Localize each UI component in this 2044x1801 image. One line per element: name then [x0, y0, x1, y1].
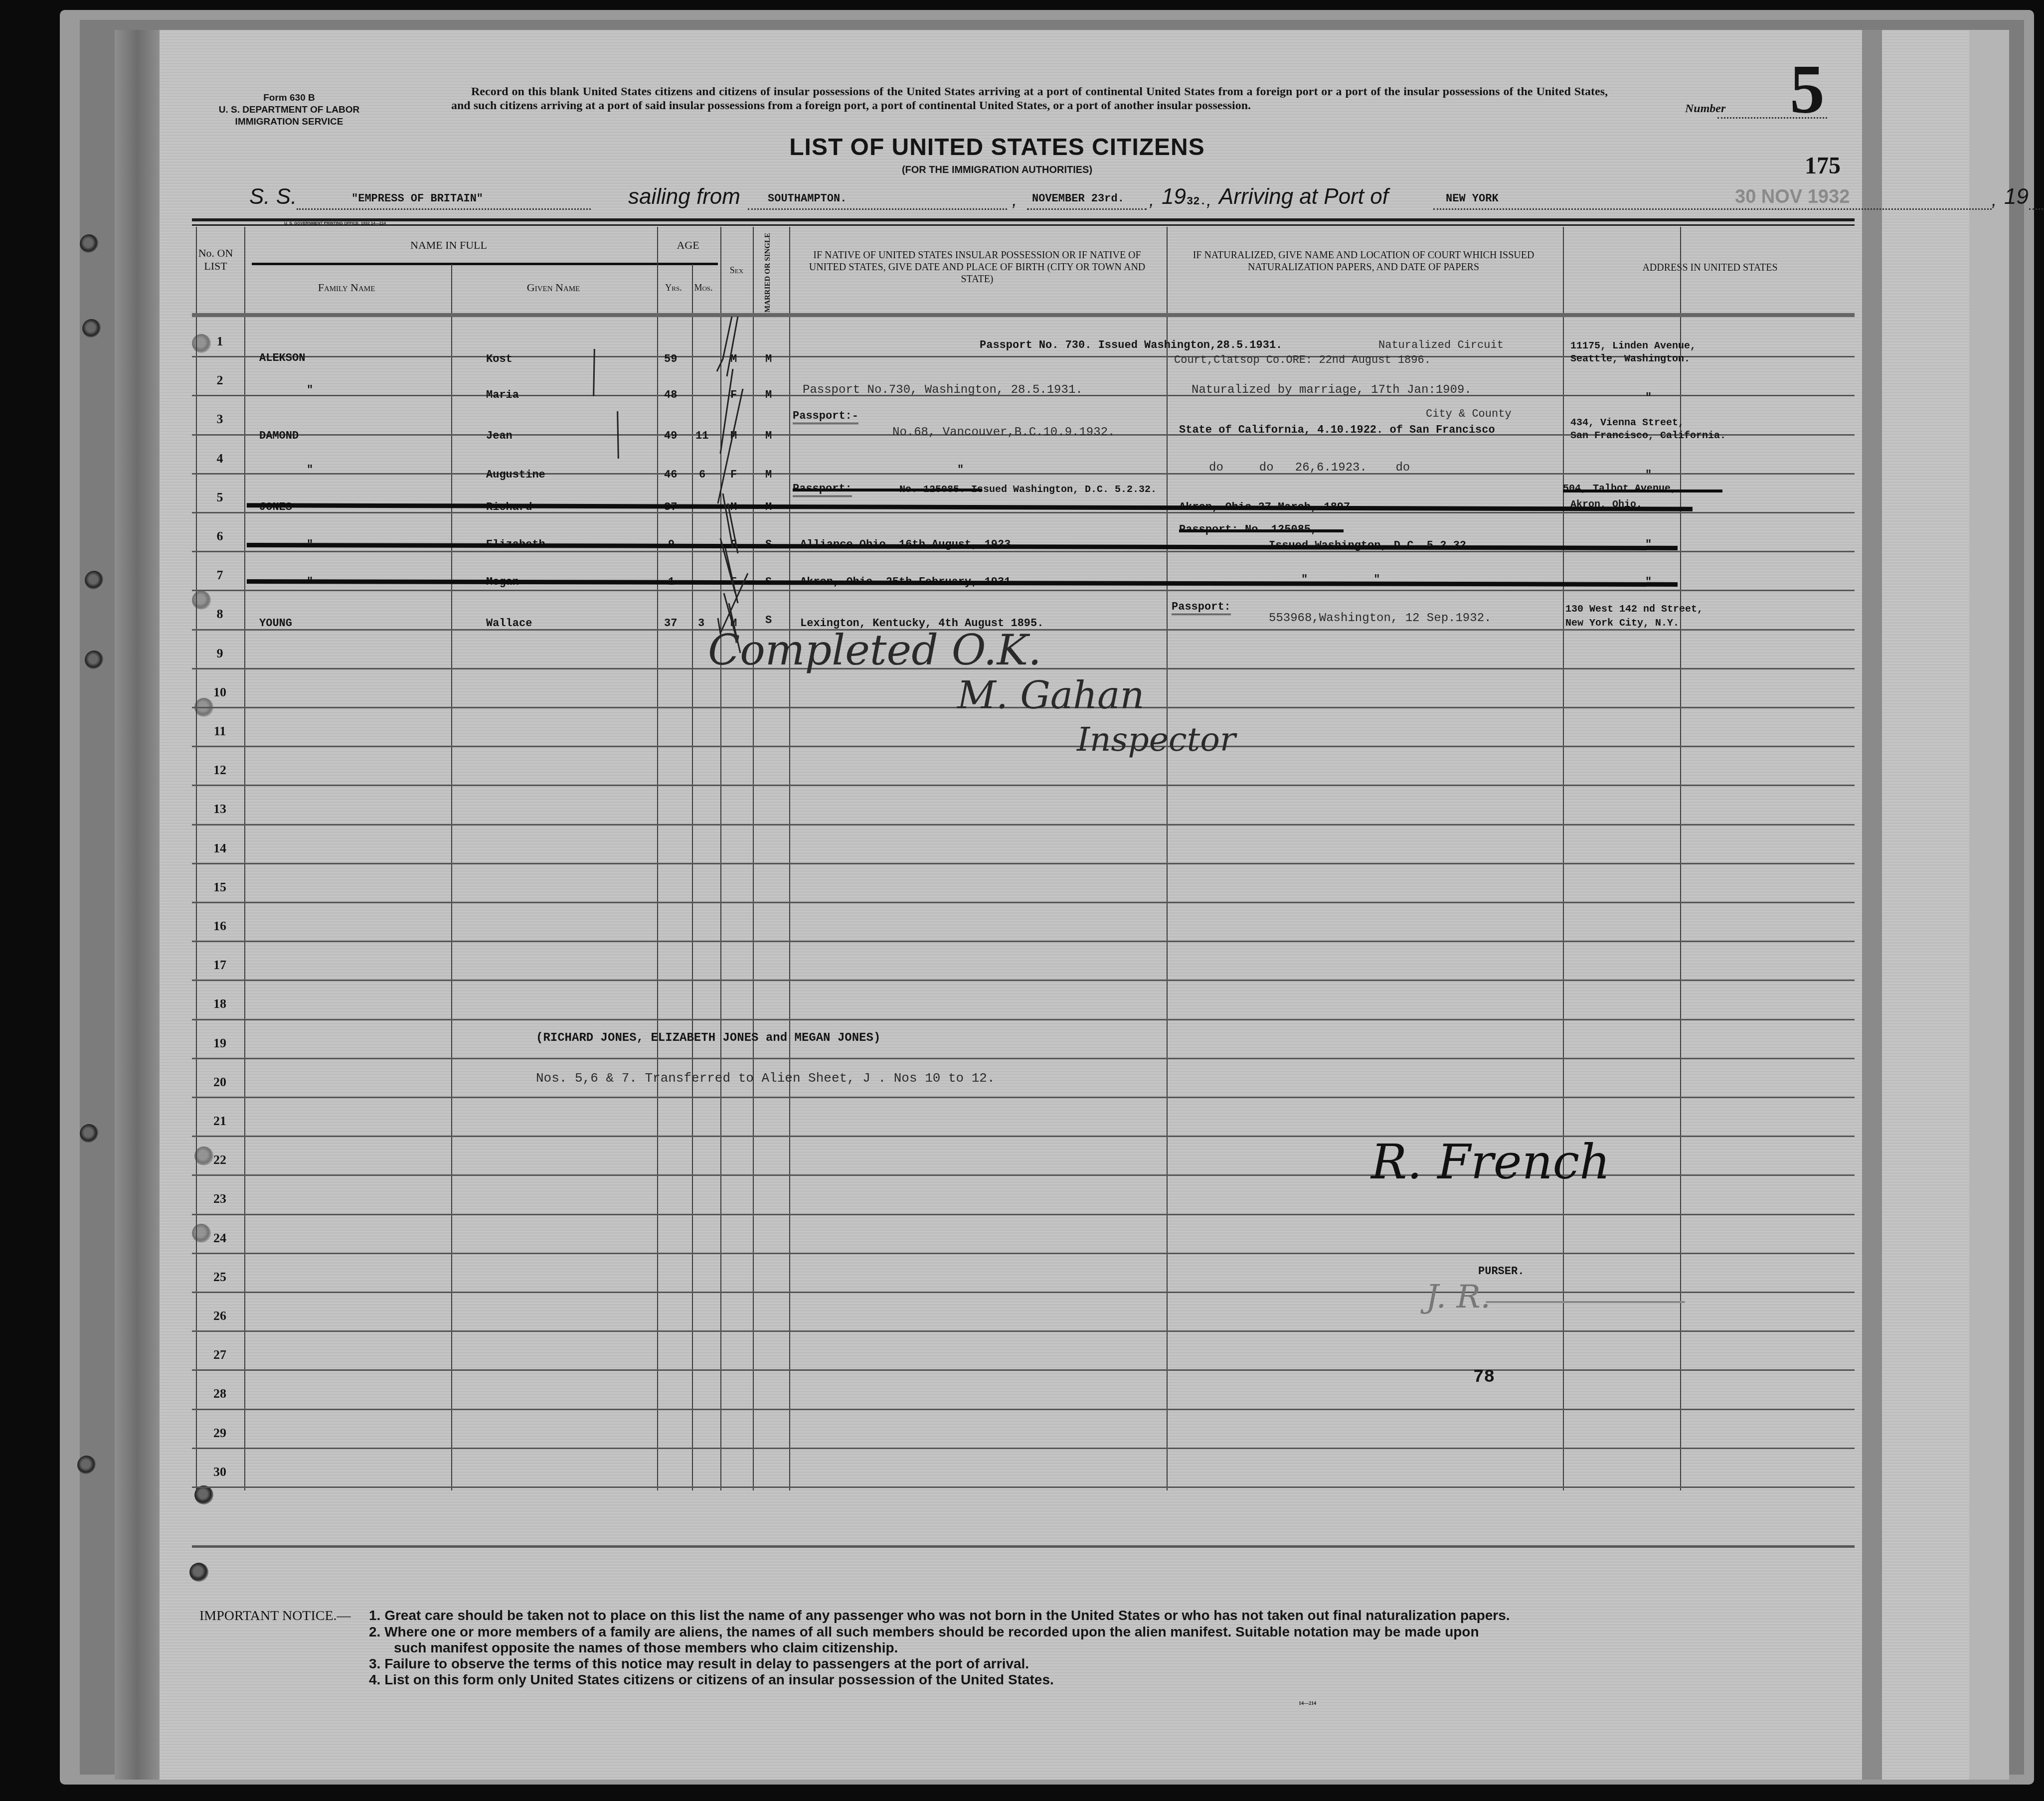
header-bottom-rule — [192, 313, 1855, 317]
given-name: Kost — [486, 353, 512, 366]
grid-line — [1167, 227, 1168, 1490]
important-notice: IMPORTANT NOTICE.—1. Great care should b… — [199, 1608, 1845, 1688]
purser-signature: R. French — [1371, 1134, 1610, 1190]
row-number: 1 — [197, 334, 242, 349]
strike-through-line — [1179, 529, 1344, 532]
col-married-or-single: MARRIED OR SINGLE — [762, 230, 774, 315]
row-rule — [192, 1097, 1855, 1098]
column-header: No. ON LIST NAME IN FULL Family Name Giv… — [192, 227, 1855, 317]
comma: , — [1149, 189, 1154, 210]
page-number: 175 — [1805, 152, 1841, 179]
comma: , — [1992, 189, 1997, 210]
family-name: DAMOND — [259, 430, 299, 443]
age-years: 59 — [664, 353, 677, 366]
form-identifier: Form 630 B U. S. DEPARTMENT OF LABOR IMM… — [214, 92, 364, 128]
row-rule — [192, 1058, 1855, 1059]
address-ditto: " — [1645, 391, 1652, 404]
row-number: 20 — [197, 1075, 242, 1090]
table-bottom-rule — [192, 1545, 1855, 1548]
passport-label: Passport: — [1172, 601, 1231, 615]
dotted-line — [1433, 208, 1992, 210]
list-number: 5 — [1790, 55, 1825, 125]
grid-line — [451, 264, 452, 1490]
age-years: 46 — [664, 469, 677, 482]
row-rule — [192, 941, 1855, 942]
service: IMMIGRATION SERVICE — [214, 116, 364, 128]
naturalization-info: do do 26,6.1923. do — [1209, 462, 1410, 475]
arriving-label: Arriving at Port of — [1219, 184, 1388, 209]
row-rule — [192, 1448, 1855, 1449]
col-no-on-list: No. ON LIST — [192, 247, 239, 273]
native-info: Passport No. 730. Issued Washington,28.5… — [980, 339, 1282, 352]
row-rule — [192, 590, 1855, 591]
name-divider — [252, 263, 718, 265]
row-rule — [192, 863, 1855, 864]
notice-text: 1. Great care should be taken not to pla… — [369, 1608, 1510, 1623]
sailing-from-label: sailing from — [628, 184, 740, 209]
gpo-imprint: U. S. GOVERNMENT PRINTING OFFICE, 1932 1… — [284, 221, 386, 225]
row-number: 21 — [197, 1114, 242, 1129]
punch-hole-icon — [85, 571, 104, 590]
countersign-initials: J. R. — [1426, 1279, 1491, 1315]
row-number: 12 — [197, 763, 242, 778]
col-sex: Sex — [720, 264, 753, 276]
row-number: 11 — [197, 724, 242, 739]
dotted-line — [1027, 208, 1147, 210]
ship-name: "EMPRESS OF BRITAIN" — [351, 192, 483, 205]
remark-line-19: (RICHARD JONES, ELIZABETH JONES and MEGA… — [536, 1032, 880, 1045]
remark-line-20: Nos. 5,6 & 7. Transferred to Alien Sheet… — [536, 1072, 995, 1085]
row-number: 5 — [197, 490, 242, 505]
row-rule — [192, 551, 1855, 552]
form-code: 14—214 — [1299, 1701, 1316, 1706]
page-fold-shadow — [1862, 30, 1882, 1780]
punch-hole-icon — [80, 1124, 99, 1143]
punch-hole-icon — [194, 1485, 213, 1504]
row-rule — [192, 1292, 1855, 1293]
punch-hole-icon — [189, 1563, 208, 1582]
comma: , — [1206, 189, 1211, 210]
row-number: 25 — [197, 1270, 242, 1285]
row-number: 22 — [197, 1152, 242, 1167]
row-rule — [192, 473, 1855, 475]
row-rule — [192, 1369, 1855, 1371]
col-mos: Mos. — [689, 282, 718, 294]
given-name: Augustine — [486, 469, 545, 482]
tally-check-marks — [688, 314, 778, 663]
departure-port: SOUTHAMPTON. — [768, 192, 847, 205]
family-name: " — [307, 464, 313, 477]
header-rule — [192, 218, 1855, 221]
strike-through-line — [793, 489, 982, 491]
punch-hole-icon — [85, 651, 104, 669]
row-rule — [192, 512, 1855, 513]
row-number: 3 — [197, 412, 242, 427]
address-line-1: 11175, Linden Avenue, — [1570, 340, 1696, 353]
given-name: Wallace — [486, 617, 532, 630]
row-number: 18 — [197, 996, 242, 1011]
stamped-number: 78 — [1473, 1371, 1495, 1384]
row-rule — [192, 1330, 1855, 1332]
address-line-2: San Francisco, California. — [1570, 430, 1726, 443]
native-ditto: " — [957, 464, 964, 477]
sailing-year: 32. — [1187, 195, 1206, 208]
family-name: ALEKSON — [259, 352, 305, 365]
family-name: YOUNG — [259, 617, 292, 630]
countersign-flourish — [1486, 1301, 1685, 1303]
naturalization-info: State of California, 4.10.1922. of San F… — [1179, 424, 1495, 437]
arrival-port: NEW YORK — [1446, 192, 1499, 205]
naturalization-info: Naturalized by marriage, 17th Jan:1909. — [1192, 384, 1472, 397]
notice-item: 2. Where one or more members of a family… — [199, 1624, 1845, 1640]
inspector-signature: M. Gahan — [957, 673, 1144, 717]
row-rule — [192, 1486, 1855, 1488]
department: U. S. DEPARTMENT OF LABOR — [214, 104, 364, 116]
row-rule — [192, 1019, 1855, 1020]
address-line-2: New York City, N.Y. — [1565, 617, 1679, 630]
given-name: Maria — [486, 389, 519, 402]
row-number: 4 — [197, 451, 242, 466]
col-native: IF NATIVE OF UNITED STATES INSULAR POSSE… — [795, 249, 1159, 285]
row-number: 24 — [197, 1231, 242, 1246]
naturalization-info: Naturalized Circuit — [1378, 339, 1504, 352]
row-number: 29 — [197, 1426, 242, 1441]
col-yrs: Yrs. — [658, 282, 689, 294]
row-rule — [192, 1409, 1855, 1410]
row-rule — [192, 746, 1855, 747]
grid-line — [657, 227, 658, 1490]
col-address: ADDRESS IN UNITED STATES — [1565, 262, 1855, 274]
row-rule — [192, 824, 1855, 825]
row-number: 19 — [197, 1036, 242, 1051]
row-number: 8 — [197, 607, 242, 622]
age-years: 37 — [664, 617, 677, 630]
address-line-1: 434, Vienna Street, — [1570, 417, 1684, 430]
age-years: 48 — [664, 389, 677, 402]
form-number: Form 630 B — [214, 92, 364, 104]
row-rule — [192, 980, 1855, 981]
grid-line — [196, 227, 197, 1490]
row-rule — [192, 902, 1855, 903]
row-number: 6 — [197, 529, 242, 544]
sailing-date: NOVEMBER 23rd. — [1032, 192, 1124, 205]
arrival-date-stamp: 30 NOV 1932 — [1735, 186, 1850, 208]
family-name: " — [307, 384, 313, 397]
dotted-line — [2029, 208, 2044, 210]
year-prefix: 19 — [1162, 184, 1186, 209]
col-name-in-full: NAME IN FULL — [244, 239, 653, 251]
row-number: 15 — [197, 880, 242, 895]
address-line-1: 504, Talbot Avenue, — [1563, 483, 1677, 495]
grid-line — [244, 227, 245, 1490]
punch-hole-icon — [80, 234, 99, 253]
col-given-name: Given Name — [451, 282, 656, 294]
purser-label: PURSER. — [1478, 1265, 1524, 1278]
col-family-name: Family Name — [244, 282, 449, 294]
voyage-line: S. S. "EMPRESS OF BRITAIN" sailing from … — [249, 184, 1845, 214]
notice-item: such manifest opposite the names of thos… — [199, 1640, 1845, 1656]
row-number: 17 — [197, 958, 242, 973]
row-number: 10 — [197, 685, 242, 700]
row-number: 27 — [197, 1347, 242, 1362]
col-naturalized: IF NATURALIZED, GIVE NAME AND LOCATION O… — [1169, 249, 1558, 273]
notice-item: 4. List on this form only United States … — [199, 1672, 1845, 1688]
row-number: 7 — [197, 568, 242, 583]
passport-label: Passport:- — [793, 410, 858, 424]
ss-label: S. S. — [249, 184, 297, 209]
native-info: No.68, Vancouver,B.C.10.9.1932. — [892, 426, 1115, 439]
naturalization-info: 553968,Washington, 12 Sep.1932. — [1269, 612, 1491, 625]
col-age: AGE — [658, 239, 718, 251]
row-number: 9 — [197, 646, 242, 661]
row-number: 14 — [197, 841, 242, 856]
dotted-line — [748, 208, 1007, 210]
row-number: 2 — [197, 373, 242, 388]
page-subtitle: (FOR THE IMMIGRATION AUTHORITIES) — [598, 164, 1396, 176]
arrival-year-prefix: 19 — [2004, 184, 2029, 209]
header-rule — [192, 224, 1855, 226]
form-instructions: Record on this blank United States citiz… — [451, 85, 1608, 113]
row-number: 23 — [197, 1191, 242, 1206]
dotted-line — [297, 208, 591, 210]
comma: , — [1012, 189, 1017, 210]
row-number: 28 — [197, 1386, 242, 1401]
page-right-edge — [1969, 30, 2009, 1780]
number-label: Number — [1685, 102, 1725, 116]
row-number: 13 — [197, 802, 242, 817]
row-rule — [192, 1214, 1855, 1215]
address-ditto: " — [1645, 469, 1652, 482]
row-number: 26 — [197, 1309, 242, 1323]
notice-item: IMPORTANT NOTICE.—1. Great care should b… — [199, 1608, 1845, 1624]
naturalization-info: City & County — [1426, 408, 1512, 421]
address-line-1: 130 West 142 nd Street, — [1565, 603, 1703, 616]
page-title: LIST OF UNITED STATES CITIZENS — [598, 134, 1396, 161]
notice-item: 3. Failure to observe the terms of this … — [199, 1656, 1845, 1672]
strike-through-line — [1563, 490, 1722, 492]
inspector-title: Inspector — [1077, 720, 1236, 759]
binding-margin — [115, 30, 160, 1780]
age-years: 49 — [664, 430, 677, 443]
grid-line — [789, 227, 790, 1490]
notice-lead: IMPORTANT NOTICE.— — [199, 1608, 369, 1624]
naturalization-info: Court,Clatsop Co.ORE: 22nd August 1896. — [1174, 354, 1431, 367]
punch-hole-icon — [82, 319, 101, 338]
native-info: Passport No.730, Washington, 28.5.1931. — [803, 384, 1083, 397]
punch-hole-icon — [77, 1456, 96, 1474]
row-number: 16 — [197, 919, 242, 934]
row-number: 30 — [197, 1465, 242, 1479]
inspector-note: Completed O.K. — [708, 626, 1041, 674]
address-line-2: Seattle, Washington. — [1570, 353, 1690, 366]
row-rule — [192, 1253, 1855, 1254]
given-name: Jean — [486, 430, 512, 443]
row-rule — [192, 785, 1855, 786]
